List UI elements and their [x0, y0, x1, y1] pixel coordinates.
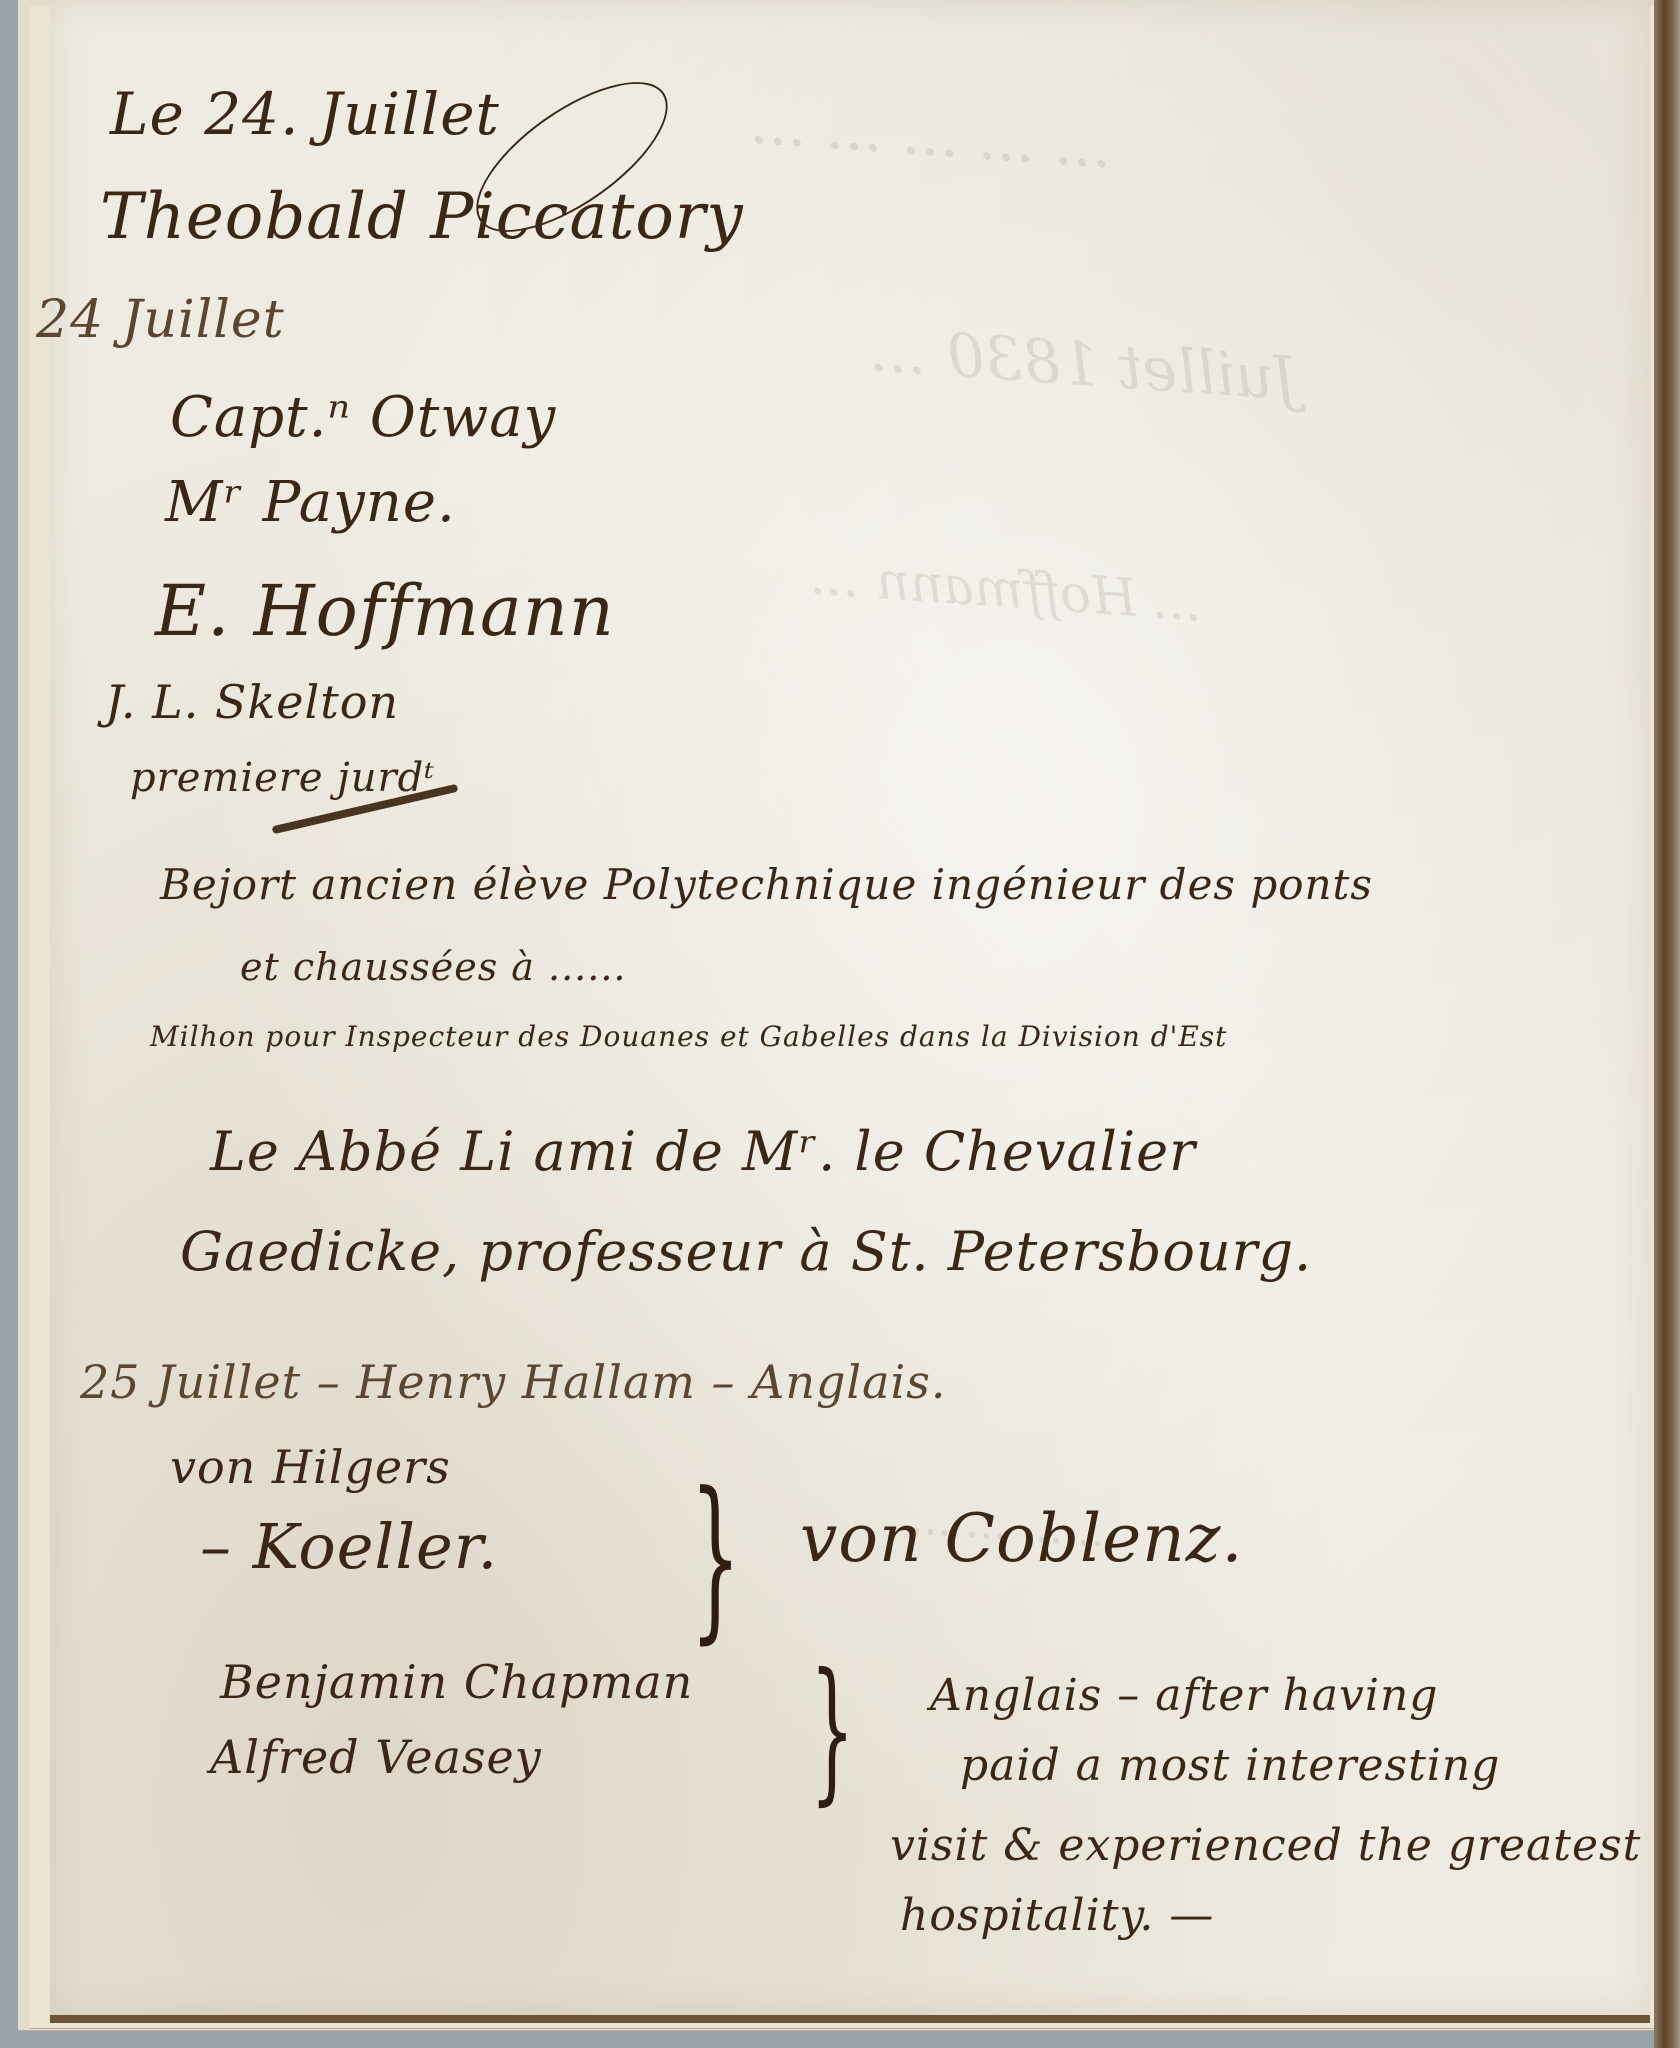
entry-note: hospitality. —	[900, 1890, 1214, 1941]
entry-note: paid a most interesting	[960, 1740, 1500, 1791]
entry-date: Le 24. Juillet	[110, 80, 500, 148]
entry-note: premiere jurdᵗ	[130, 755, 435, 801]
entry-signature: J. L. Skelton	[105, 675, 399, 729]
entry-text: Bejort ancien élève Polytechnique ingéni…	[160, 860, 1373, 909]
entry-signature: Benjamin Chapman	[220, 1655, 693, 1709]
book-binding	[1654, 0, 1680, 2048]
entry-text: Le Abbé Li ami de Mʳ. le Chevalier	[210, 1120, 1196, 1183]
entry-text: 25 Juillet – Henry Hallam – Anglais.	[80, 1355, 947, 1409]
entry-text: Milhon pour Inspecteur des Douanes et Ga…	[150, 1020, 1227, 1053]
entry-signature: Mʳ Payne.	[165, 470, 456, 535]
entry-date: 24 Juillet	[36, 290, 285, 350]
bleed-through-text: ... ... ... ... ...	[748, 87, 1114, 182]
grouping-brace: }	[810, 1640, 855, 1820]
grouping-brace: }	[690, 1455, 741, 1660]
manuscript-page: ... ... ... ... ... Juillet 1830 ... ...…	[50, 0, 1650, 2023]
entry-signature: von Hilgers	[170, 1440, 451, 1494]
bleed-through-text: ... Hoffmann ...	[808, 546, 1204, 633]
entry-text: Gaedicke, professeur à St. Petersbourg.	[180, 1220, 1312, 1283]
entry-text: von Coblenz.	[800, 1500, 1243, 1577]
entry-signature: E. Hoffmann	[155, 570, 615, 652]
entry-signature: Alfred Veasey	[210, 1730, 542, 1784]
entry-note: visit & experienced the greatest	[890, 1820, 1641, 1871]
entry-text: et chaussées à ......	[240, 945, 627, 989]
bleed-through-text: Juillet 1830 ...	[868, 315, 1300, 415]
entry-signature: – Koeller.	[200, 1510, 498, 1583]
entry-signature: Capt.ⁿ Otway	[170, 385, 556, 450]
entry-note: Anglais – after having	[930, 1670, 1438, 1721]
entry-signature: Theobald Piccatory	[100, 180, 744, 254]
